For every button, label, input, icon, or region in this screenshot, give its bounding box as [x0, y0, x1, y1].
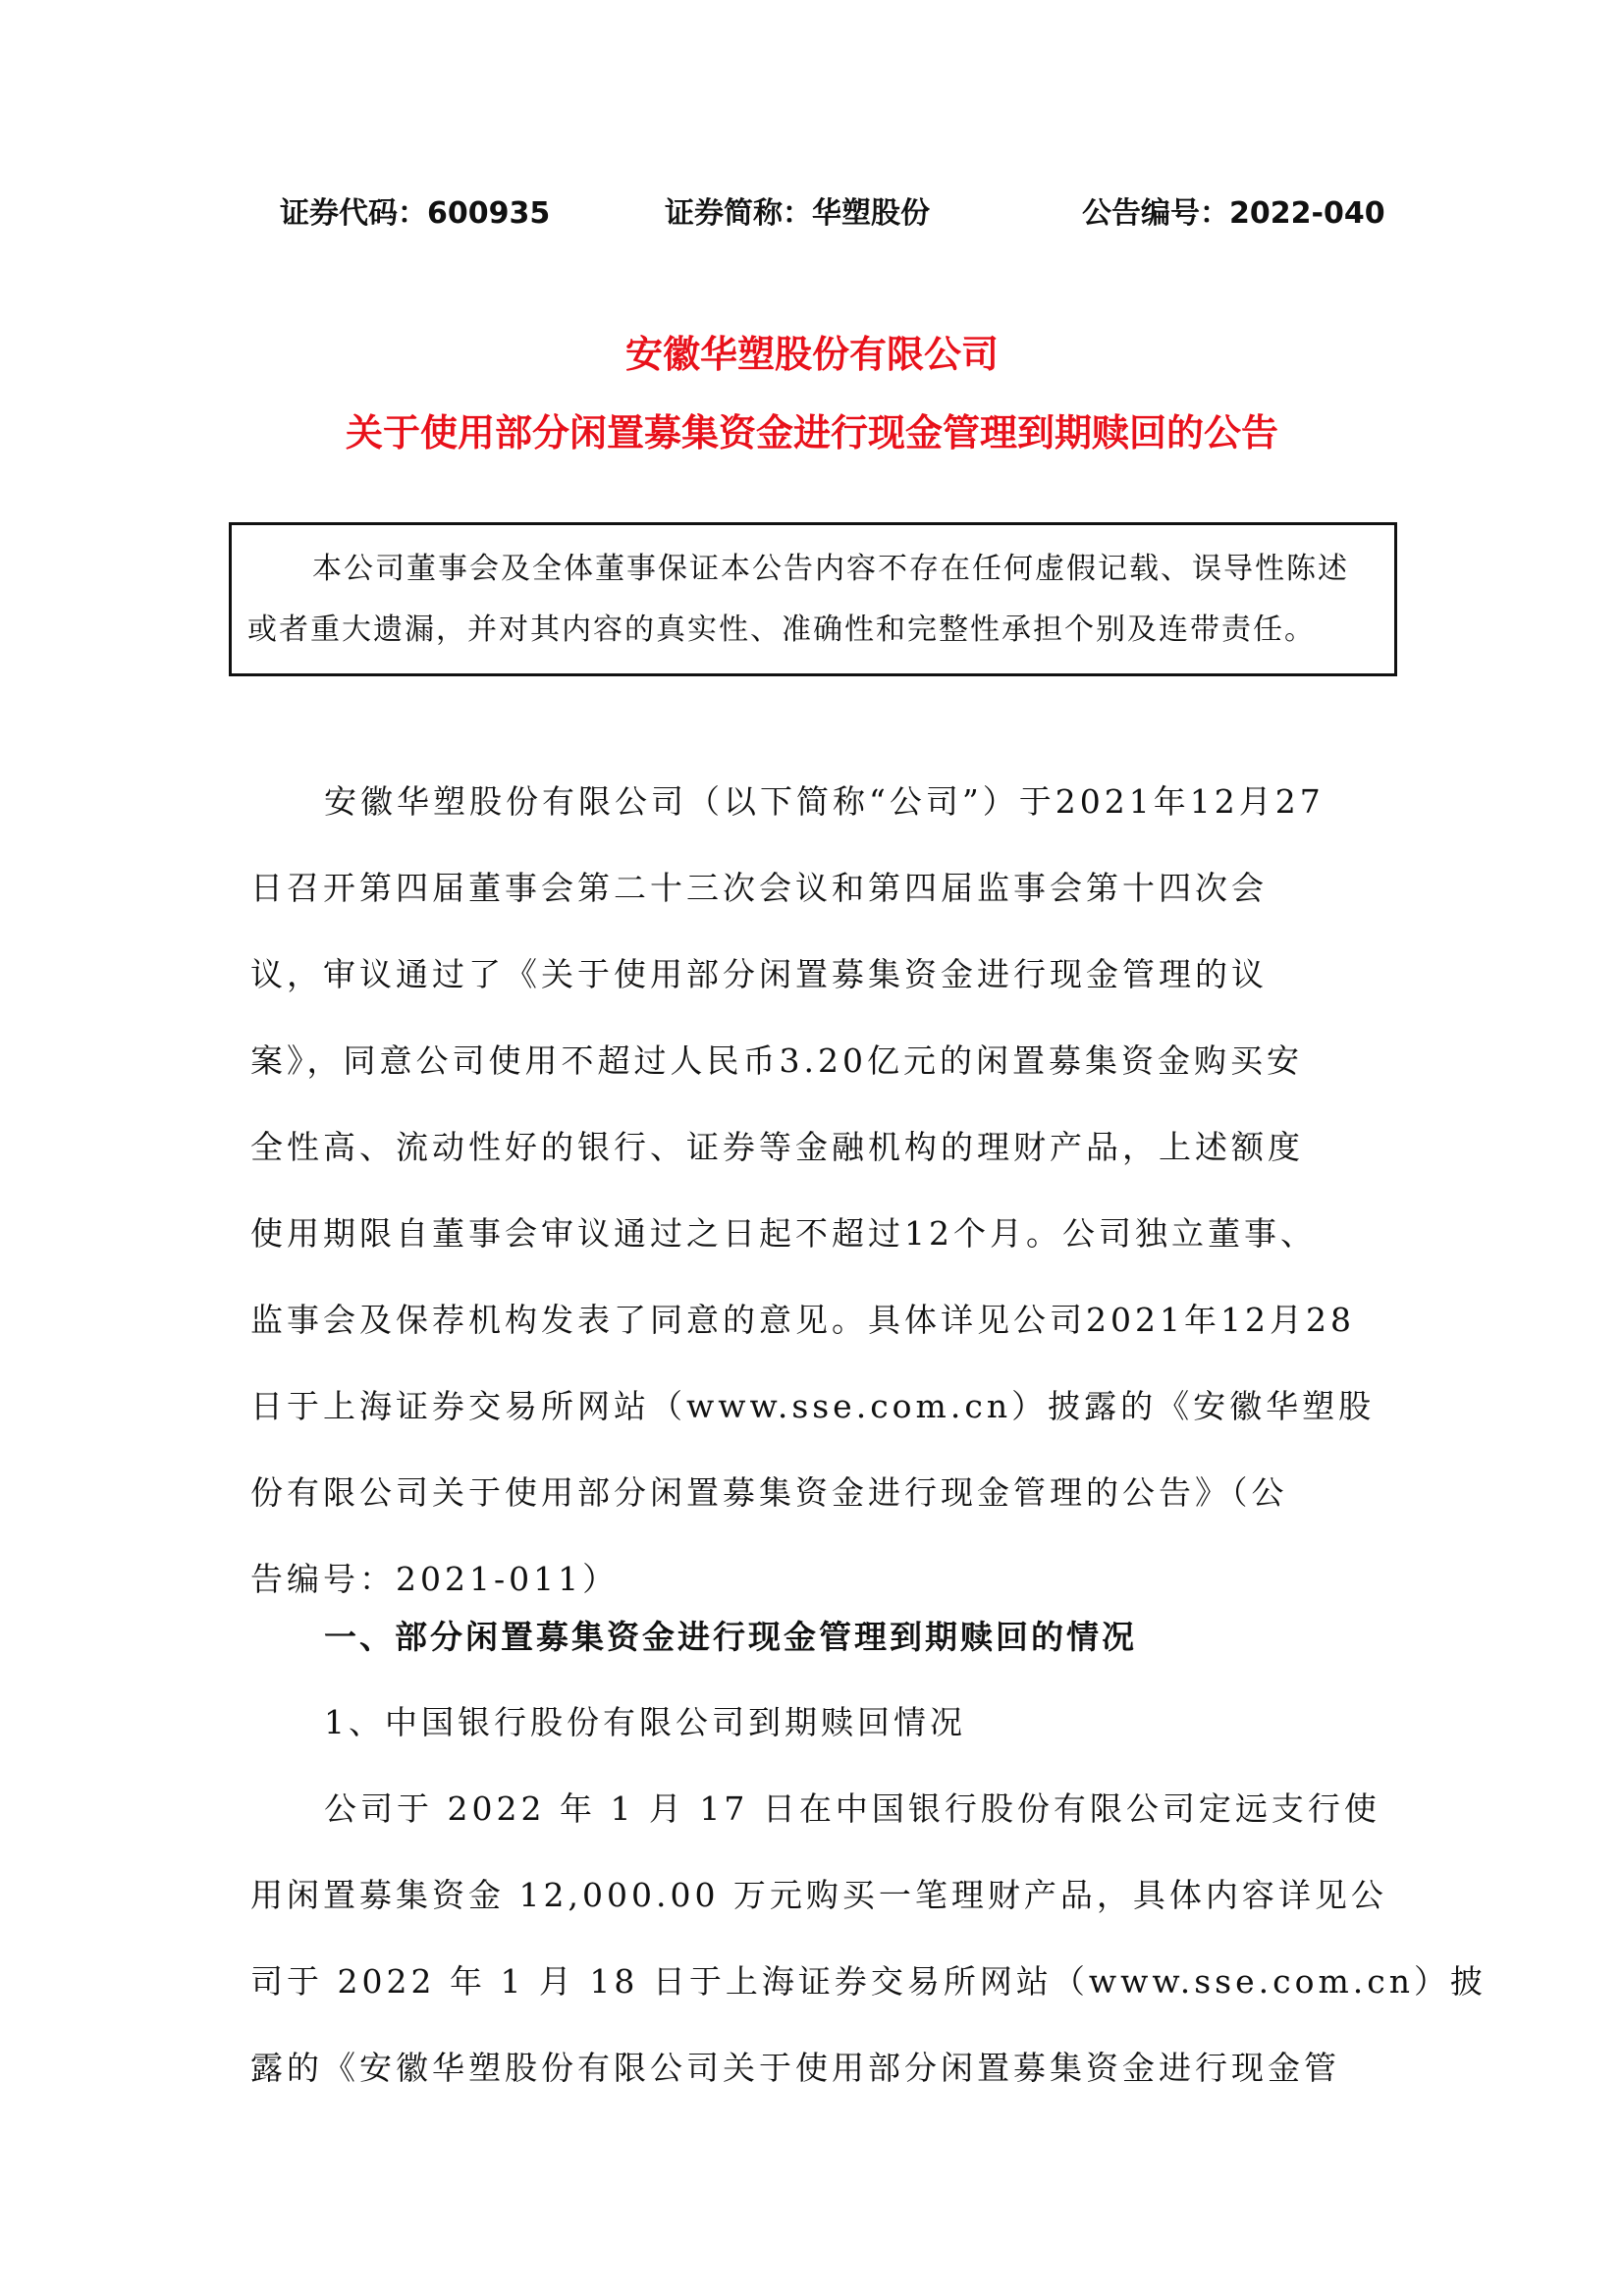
- paragraph-line: 监事会及保荐机构发表了同意的意见。具体详见公司2021年12月28: [250, 1304, 1355, 1336]
- document-page: 证券代码：600935 证券简称：华塑股份 公告编号：2022-040 安徽华塑…: [0, 0, 1624, 2296]
- paragraph-line: 议，审议通过了《关于使用部分闲置募集资金进行现金管理的议: [250, 958, 1268, 990]
- subsection-heading: 1、中国银行股份有限公司到期赎回情况: [324, 1706, 966, 1738]
- paragraph-line: 司于 2022 年 1 月 18 日于上海证券交易所网站（www.sse.com…: [250, 1965, 1487, 1998]
- section-heading: 一、部分闲置募集资金进行现金管理到期赎回的情况: [324, 1621, 1137, 1653]
- company-title: 安徽华塑股份有限公司: [0, 336, 1624, 373]
- stock-code: 证券代码：600935: [280, 199, 550, 229]
- paragraph-line: 安徽华塑股份有限公司（以下简称“公司”）于2021年12月27: [324, 785, 1325, 818]
- announcement-title: 关于使用部分闲置募集资金进行现金管理到期赎回的公告: [0, 414, 1624, 452]
- disclaimer-box: 本公司董事会及全体董事保证本公告内容不存在任何虚假记载、误导性陈述 或者重大遗漏…: [229, 522, 1397, 676]
- disclaimer-line: 或者重大遗漏，并对其内容的真实性、准确性和完整性承担个别及连带责任。: [247, 615, 1316, 645]
- paragraph-line: 用闲置募集资金 12,000.00 万元购买一笔理财产品，具体内容详见公: [250, 1879, 1387, 1911]
- stock-short-name: 证券简称：华塑股份: [665, 199, 930, 229]
- paragraph-line: 全性高、流动性好的银行、证券等金融机构的理财产品，上述额度: [250, 1131, 1304, 1163]
- announcement-number: 公告编号：2022-040: [1082, 199, 1385, 229]
- paragraph-line: 告编号：2021-011）: [250, 1563, 619, 1595]
- disclaimer-line: 本公司董事会及全体董事保证本公告内容不存在任何虚假记载、误导性陈述: [312, 555, 1349, 584]
- paragraph-line: 露的《安徽华塑股份有限公司关于使用部分闲置募集资金进行现金管: [250, 2052, 1340, 2084]
- paragraph-line: 公司于 2022 年 1 月 17 日在中国银行股份有限公司定远支行使: [324, 1792, 1380, 1825]
- paragraph-line: 日于上海证券交易所网站（www.sse.com.cn）披露的《安徽华塑股: [250, 1390, 1375, 1422]
- paragraph-line: 案》，同意公司使用不超过人民币3.20亿元的闲置募集资金购买安: [250, 1044, 1303, 1077]
- paragraph-line: 使用期限自董事会审议通过之日起不超过12个月。公司独立董事、: [250, 1217, 1317, 1250]
- paragraph-line: 份有限公司关于使用部分闲置募集资金进行现金管理的公告》（公: [250, 1476, 1288, 1509]
- paragraph-line: 日召开第四届董事会第二十三次会议和第四届监事会第十四次会: [250, 872, 1268, 904]
